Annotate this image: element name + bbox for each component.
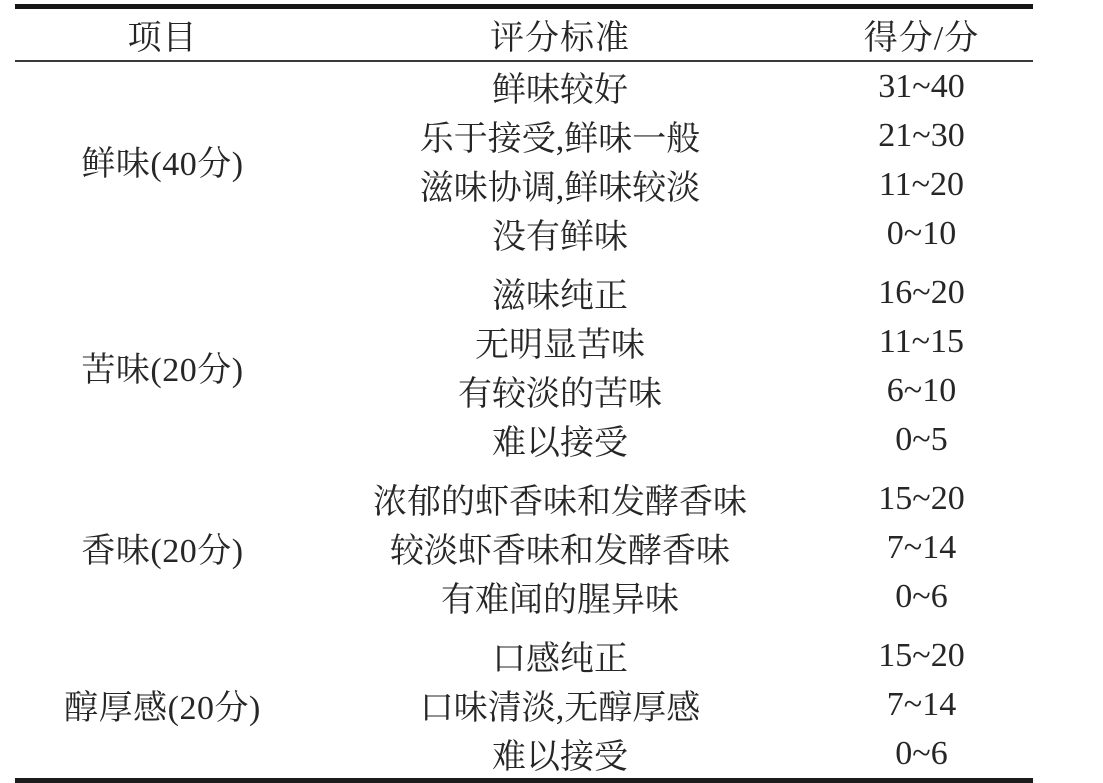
- criteria-cell: 乐于接受,鲜味一般: [310, 111, 810, 160]
- criteria-cell: 滋味协调,鲜味较淡: [310, 160, 810, 209]
- score-range-cell: 0~6: [810, 729, 1033, 781]
- score-range-cell: 7~14: [810, 680, 1033, 729]
- score-range-cell: 16~20: [810, 258, 1033, 317]
- score-range-cell: 11~20: [810, 160, 1033, 209]
- score-range-cell: 0~10: [810, 209, 1033, 258]
- column-header-score: 得分/分: [810, 7, 1033, 62]
- criteria-cell: 难以接受: [310, 415, 810, 464]
- table-row: 醇厚感(20分)口感纯正15~20: [15, 621, 1033, 680]
- criteria-cell: 浓郁的虾香味和发酵香味: [310, 464, 810, 523]
- criteria-cell: 口味清淡,无醇厚感: [310, 680, 810, 729]
- criteria-cell: 难以接受: [310, 729, 810, 781]
- criteria-cell: 没有鲜味: [310, 209, 810, 258]
- score-range-cell: 15~20: [810, 621, 1033, 680]
- criteria-cell: 较淡虾香味和发酵香味: [310, 523, 810, 572]
- score-range-cell: 15~20: [810, 464, 1033, 523]
- criteria-cell: 口感纯正: [310, 621, 810, 680]
- criteria-cell: 有较淡的苦味: [310, 366, 810, 415]
- score-range-cell: 0~5: [810, 415, 1033, 464]
- item-group-cell: 苦味(20分): [15, 258, 310, 464]
- column-header-criteria: 评分标准: [310, 7, 810, 62]
- score-range-cell: 7~14: [810, 523, 1033, 572]
- table-row: 苦味(20分)滋味纯正16~20: [15, 258, 1033, 317]
- table-row: 鲜味(40分)鲜味较好31~40: [15, 61, 1033, 111]
- scoring-criteria-table: 项目 评分标准 得分/分 鲜味(40分)鲜味较好31~40乐于接受,鲜味一般21…: [15, 4, 1033, 783]
- score-range-cell: 11~15: [810, 317, 1033, 366]
- criteria-cell: 滋味纯正: [310, 258, 810, 317]
- table-body: 鲜味(40分)鲜味较好31~40乐于接受,鲜味一般21~30滋味协调,鲜味较淡1…: [15, 61, 1033, 781]
- item-group-cell: 鲜味(40分): [15, 61, 310, 258]
- paper-page: 项目 评分标准 得分/分 鲜味(40分)鲜味较好31~40乐于接受,鲜味一般21…: [0, 0, 1103, 783]
- criteria-cell: 鲜味较好: [310, 61, 810, 111]
- table-row: 香味(20分)浓郁的虾香味和发酵香味15~20: [15, 464, 1033, 523]
- criteria-cell: 有难闻的腥异味: [310, 572, 810, 621]
- table-header-row: 项目 评分标准 得分/分: [15, 7, 1033, 62]
- score-range-cell: 6~10: [810, 366, 1033, 415]
- column-header-item: 项目: [15, 7, 310, 62]
- score-range-cell: 0~6: [810, 572, 1033, 621]
- item-group-cell: 香味(20分): [15, 464, 310, 621]
- score-range-cell: 31~40: [810, 61, 1033, 111]
- criteria-cell: 无明显苦味: [310, 317, 810, 366]
- score-range-cell: 21~30: [810, 111, 1033, 160]
- item-group-cell: 醇厚感(20分): [15, 621, 310, 781]
